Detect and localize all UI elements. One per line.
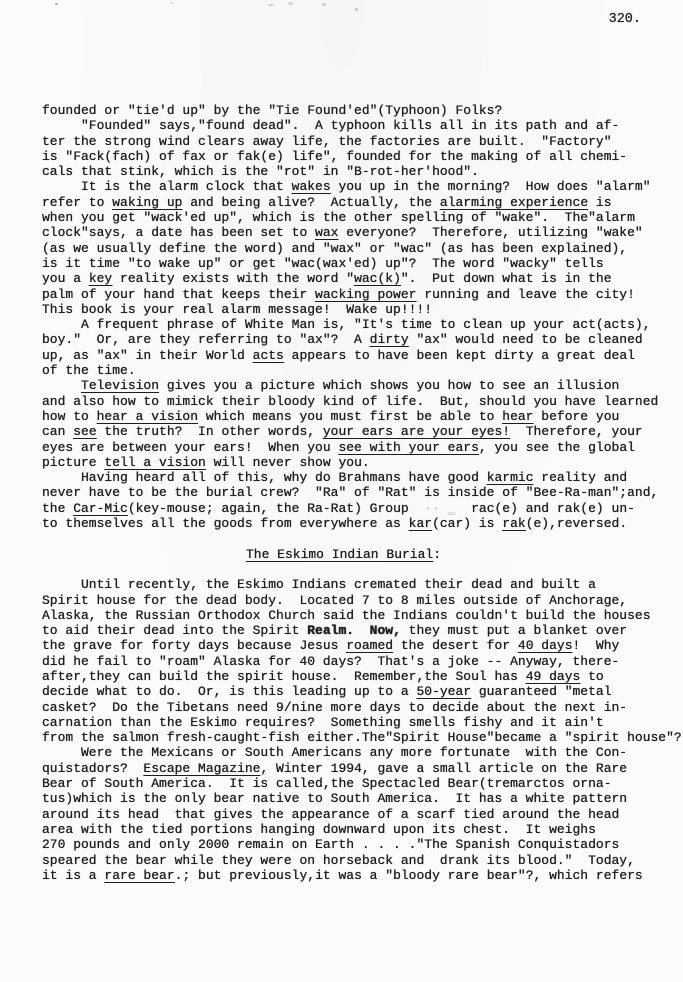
text-segment: Spirit house for the dead body. Located …	[42, 593, 627, 608]
text-line: clock"says, a date has been set to wax e…	[42, 225, 645, 240]
text-line: is it time "to wake up" or get "wac(wax'…	[42, 256, 645, 271]
text-segment: to	[580, 669, 603, 684]
text-segment: you a	[42, 271, 89, 286]
underlined-text: alarming experience	[440, 195, 588, 210]
text-segment: which means you must first be able to	[198, 409, 502, 424]
text-line: eyes are between your ears! When you see…	[42, 440, 645, 455]
text-line: around its head that gives the appearanc…	[42, 807, 645, 822]
text-segment: quistadors?	[42, 761, 143, 776]
underlined-text: The Eskimo Indian Burial	[246, 547, 433, 562]
text-segment: will never show you.	[206, 455, 370, 470]
text-line: Bear of South America. It is called,the …	[42, 776, 645, 791]
text-line: founded or "tie'd up" by the "Tie Found'…	[42, 103, 645, 118]
underlined-text: 49 days	[526, 669, 581, 684]
text-segment: 270 pounds and only 2000 remain on Earth…	[42, 837, 619, 852]
text-segment: did he fail to "roam" Alaska for 40 days…	[42, 654, 619, 669]
underlined-text: wax	[315, 225, 338, 240]
text-segment: the	[42, 501, 73, 516]
text-segment: when you get "wack'ed up", which is the …	[42, 210, 635, 225]
text-segment: .; but previously,it was a "bloody rare …	[175, 868, 643, 883]
text-segment: carnation than the Eskimo requires? Some…	[42, 715, 604, 730]
text-line: Until recently, the Eskimo Indians crema…	[42, 577, 645, 592]
text-segment: palm of your hand that keeps their	[42, 287, 315, 302]
text-segment: never have to be the burial crew? "Ra" o…	[42, 485, 658, 500]
underlined-text: see with your ears	[338, 440, 478, 455]
text-line: Alaska, the Russian Orthodox Church said…	[42, 608, 645, 623]
text-line: This book is your real alarm message! Wa…	[42, 302, 645, 317]
text-line: is "Fack(fach) of fax or fak(e) life", f…	[42, 149, 645, 164]
text-segment: casket? Do the Tibetans need 9/nine more…	[42, 700, 627, 715]
text-segment: how to	[42, 409, 97, 424]
text-line: It is the alarm clock that wakes you up …	[42, 179, 645, 194]
text-segment: speared the bear while they were on hors…	[42, 853, 635, 868]
text-line: to aid their dead into the Spirit Realm.…	[42, 623, 645, 638]
text-segment: reality exists with the word "	[112, 271, 354, 286]
text-segment: Until recently, the Eskimo Indians crema…	[42, 577, 596, 592]
text-segment: :	[433, 547, 441, 562]
underlined-text: 50-year	[416, 684, 471, 699]
text-line: Were the Mexicans or South Americans any…	[42, 745, 645, 760]
text-segment: cals that stink, which is the "rot" in "…	[42, 164, 479, 179]
underlined-text: 40 days	[518, 638, 573, 653]
text-line: "Founded" says,"found dead". A typhoon k…	[42, 118, 645, 133]
text-line: refer to waking up and being alive? Actu…	[42, 195, 645, 210]
text-line: after,they can build the spirit house. R…	[42, 669, 645, 684]
text-segment: is "Fack(fach) of fax or fak(e) life", f…	[42, 149, 627, 164]
text-segment: everyone? Therefore, utilizing "wake"	[338, 225, 642, 240]
text-segment: is it time "to wake up" or get "wac(wax'…	[42, 256, 604, 271]
text-line: palm of your hand that keeps their wacki…	[42, 287, 645, 302]
text-segment: Therefore, your	[510, 424, 643, 439]
text-line: (as we usually define the word) and "wax…	[42, 241, 645, 256]
underlined-text: wacking power	[315, 287, 416, 302]
text-segment: after,they can build the spirit house. R…	[42, 669, 526, 684]
text-segment: the grave for forty days because Jesus	[42, 638, 346, 653]
text-segment: ·· ‗	[416, 501, 471, 516]
text-line: when you get "wack'ed up", which is the …	[42, 210, 645, 225]
underlined-text: rare bear	[104, 868, 174, 883]
text-segment: Alaska, the Russian Orthodox Church said…	[42, 608, 651, 623]
underlined-text: Car-Mic	[73, 501, 128, 516]
underlined-text: hear	[502, 409, 533, 424]
text-segment: (as we usually define the word) and "wax…	[42, 241, 627, 256]
scanned-typewriter-page: 320. founded or "tie'd up" by the "Tie F…	[0, 0, 683, 982]
text-segment: to themselves all the goods from everywh…	[42, 516, 409, 531]
text-line: and also how to mimick their bloody kind…	[42, 394, 645, 409]
text-segment	[42, 378, 81, 393]
underlined-text: rak	[502, 516, 525, 531]
underlined-text: dirty	[370, 332, 409, 347]
text-segment: , Winter 1994, gave a small article on t…	[260, 761, 627, 776]
text-segment: eyes are between your ears! When you	[42, 440, 338, 455]
text-segment: (key-mouse; again, the Ra-Rat) Group	[128, 501, 417, 516]
text-line: can see the truth? In other words, your …	[42, 424, 645, 439]
underlined-text: kar	[409, 516, 432, 531]
text-segment: (car) is	[432, 516, 502, 531]
text-line: to themselves all the goods from everywh…	[42, 516, 645, 531]
scan-artifact	[268, 4, 274, 6]
text-line: picture tell a vision will never show yo…	[42, 455, 645, 470]
text-segment: refer to	[42, 195, 112, 210]
text-line	[42, 531, 645, 546]
text-line: up, as "ax" in their World acts appears …	[42, 348, 645, 363]
text-segment: around its head that gives the appearanc…	[42, 807, 619, 822]
text-segment: "Founded" says,"found dead". A typhoon k…	[42, 118, 619, 133]
text-line: Television gives you a picture which sho…	[42, 378, 645, 393]
text-segment: before you	[534, 409, 620, 424]
text-segment: Realm. Now,	[307, 623, 401, 638]
text-segment: up, as "ax" in their World	[42, 348, 253, 363]
text-segment: ! Why	[573, 638, 620, 653]
underlined-text: see	[73, 424, 96, 439]
text-segment: is	[588, 195, 611, 210]
text-segment: from the salmon fresh-caught-fish either…	[42, 730, 682, 745]
underlined-text: acts	[253, 348, 284, 363]
underlined-text: wakes	[292, 179, 331, 194]
text-segment: running and leave the city!	[416, 287, 634, 302]
text-line: how to hear a vision which means you mus…	[42, 409, 645, 424]
underlined-text: tell a vision	[104, 455, 205, 470]
text-segment: and also how to mimick their bloody kind…	[42, 394, 658, 409]
text-line: ter the strong wind clears away life, th…	[42, 134, 645, 149]
text-segment: can	[42, 424, 73, 439]
text-line: from the salmon fresh-caught-fish either…	[42, 730, 645, 745]
text-line: Spirit house for the dead body. Located …	[42, 593, 645, 608]
text-line: quistadors? Escape Magazine, Winter 1994…	[42, 761, 645, 776]
text-segment: reality and	[534, 470, 628, 485]
text-segment: they must put a blanket over	[401, 623, 627, 638]
text-segment: ter the strong wind clears away life, th…	[42, 134, 612, 149]
scan-artifact	[322, 3, 326, 6]
underlined-text: roamed	[346, 638, 393, 653]
scan-artifact	[355, 8, 358, 11]
text-segment: clock"says, a date has been set to	[42, 225, 315, 240]
text-segment: tus)which is the only bear native to Sou…	[42, 791, 627, 806]
scan-artifact	[170, 2, 173, 4]
text-segment: Bear of South America. It is called,the …	[42, 776, 612, 791]
underlined-text: key	[89, 271, 112, 286]
text-line: the Car-Mic(key-mouse; again, the Ra-Rat…	[42, 501, 645, 516]
text-segment: , you see the global	[479, 440, 635, 455]
text-line: of the time.	[42, 363, 645, 378]
text-segment: to aid their dead into the Spirit	[42, 623, 307, 638]
text-segment: picture	[42, 455, 104, 470]
text-line: boy." Or, are they referring to "ax"? A …	[42, 332, 645, 347]
text-segment: Were the Mexicans or South Americans any…	[42, 745, 627, 760]
text-segment: (e),reversed.	[526, 516, 627, 531]
text-segment: founded or "tie'd up" by the "Tie Found'…	[42, 103, 502, 118]
text-line: decide what to do. Or, is this leading u…	[42, 684, 645, 699]
text-segment: A frequent phrase of White Man is, "It's…	[42, 317, 651, 332]
text-segment: guaranteed "metal	[471, 684, 611, 699]
underlined-text: hear a vision	[97, 409, 198, 424]
underlined-text: wac(k)	[354, 271, 401, 286]
section-heading: The Eskimo Indian Burial:	[42, 547, 645, 562]
text-segment: This book is your real alarm message! Wa…	[42, 302, 432, 317]
text-segment: gives you a picture which shows you how …	[159, 378, 619, 393]
text-segment: the truth? In other words,	[97, 424, 323, 439]
text-line: 270 pounds and only 2000 remain on Earth…	[42, 837, 645, 852]
text-line: casket? Do the Tibetans need 9/nine more…	[42, 700, 645, 715]
document-body: founded or "tie'd up" by the "Tie Found'…	[0, 103, 683, 883]
underlined-text: waking up	[112, 195, 182, 210]
text-line: speared the bear while they were on hors…	[42, 853, 645, 868]
text-line	[42, 562, 645, 577]
text-line: cals that stink, which is the "rot" in "…	[42, 164, 645, 179]
text-segment: the desert for	[393, 638, 518, 653]
text-line: you a key reality exists with the word "…	[42, 271, 645, 286]
underlined-text: your ears are your eyes!	[323, 424, 510, 439]
text-segment: Having heard all of this, why do Brahman…	[42, 470, 487, 485]
text-segment: you up in the morning? How does "alarm"	[331, 179, 651, 194]
text-segment: boy." Or, are they referring to "ax"? A	[42, 332, 370, 347]
text-segment: of the time.	[42, 363, 136, 378]
text-segment: rac(e) and rak(e) un-	[471, 501, 635, 516]
text-line: did he fail to "roam" Alaska for 40 days…	[42, 654, 645, 669]
text-line: never have to be the burial crew? "Ra" o…	[42, 485, 645, 500]
text-line: carnation than the Eskimo requires? Some…	[42, 715, 645, 730]
text-segment: It is the alarm clock that	[42, 179, 292, 194]
text-line: it is a rare bear.; but previously,it wa…	[42, 868, 645, 883]
text-segment: ". Put down what is in the	[401, 271, 612, 286]
text-line: the grave for forty days because Jesus r…	[42, 638, 645, 653]
underlined-text: karmic	[487, 470, 534, 485]
text-line: tus)which is the only bear native to Sou…	[42, 791, 645, 806]
text-segment: it is a	[42, 868, 104, 883]
text-segment: area with the tied portions hanging down…	[42, 822, 596, 837]
text-segment: decide what to do. Or, is this leading u…	[42, 684, 416, 699]
page-number: 320.	[609, 12, 641, 27]
text-line: A frequent phrase of White Man is, "It's…	[42, 317, 645, 332]
text-segment: and being alive? Actually, the	[182, 195, 439, 210]
scan-artifact	[288, 2, 293, 5]
text-segment: appears to have been kept dirty a great …	[284, 348, 635, 363]
underlined-text: Escape Magazine	[143, 761, 260, 776]
text-line: area with the tied portions hanging down…	[42, 822, 645, 837]
scan-artifact	[55, 3, 58, 5]
underlined-text: Television	[81, 378, 159, 393]
text-line: Having heard all of this, why do Brahman…	[42, 470, 645, 485]
text-segment: "ax" would need to be cleaned	[409, 332, 643, 347]
